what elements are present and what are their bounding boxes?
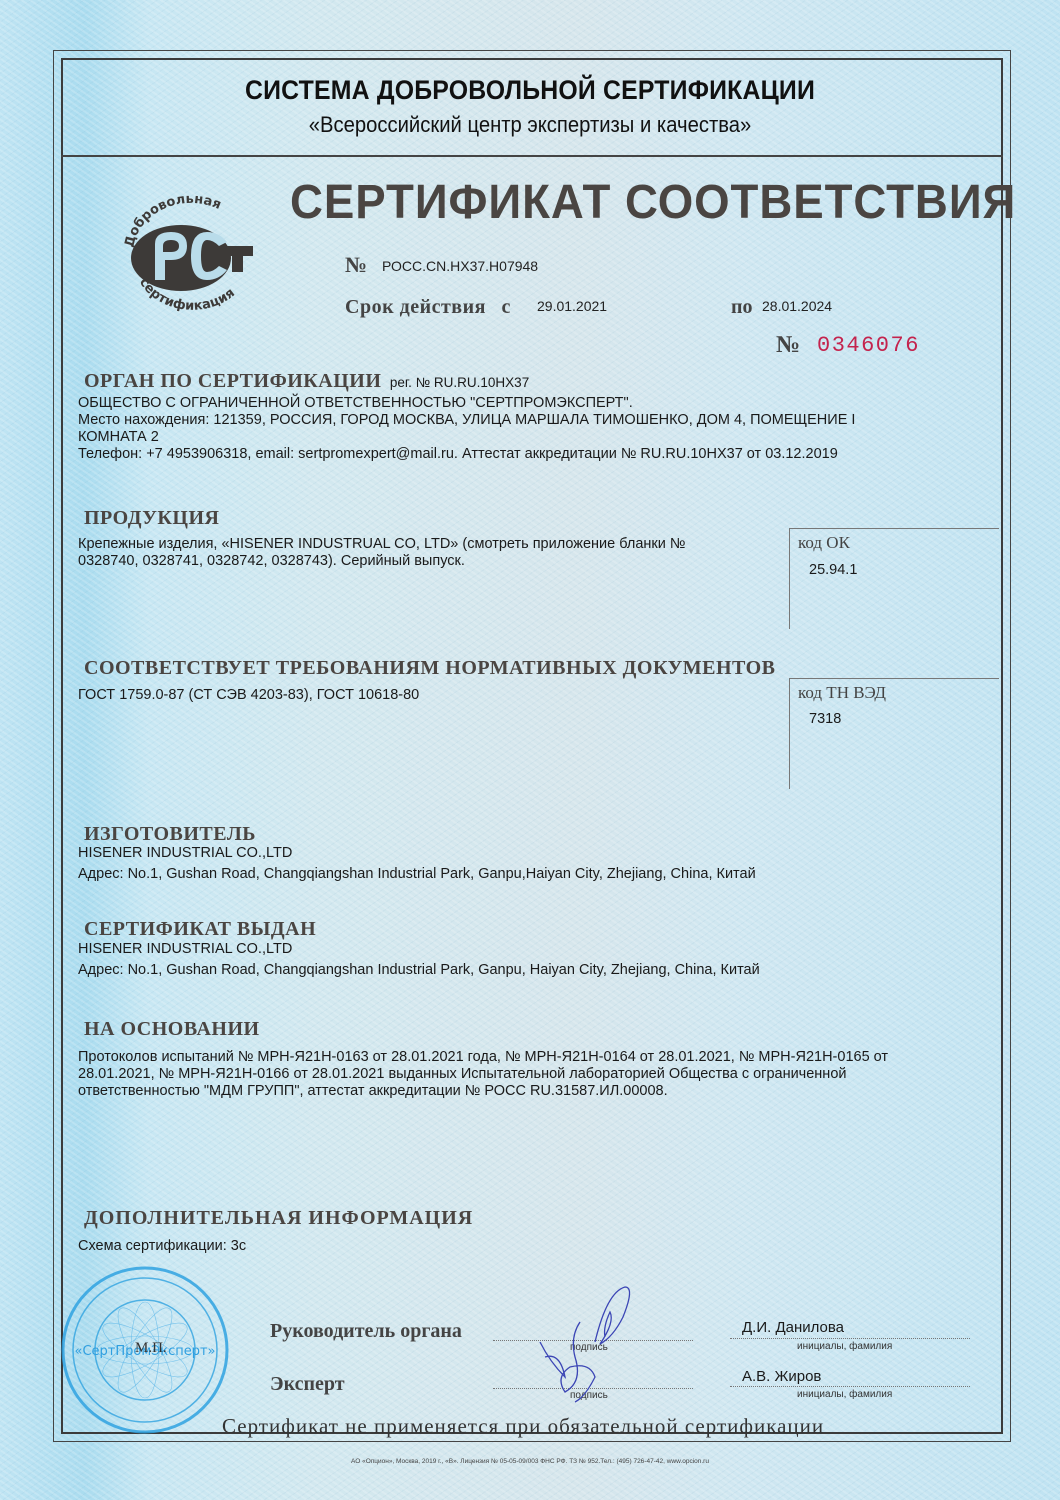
expert-name-caption: инициалы, фамилия	[797, 1389, 892, 1400]
cert-number: РОСС.CN.HX37.H07948	[382, 258, 538, 274]
valid-from-date: 29.01.2021	[537, 298, 607, 314]
certification-body-heading: ОРГАН ПО СЕРТИФИКАЦИИ	[84, 370, 381, 392]
basis-details: Протоколов испытаний № МРН-Я21Н-0163 от …	[78, 1049, 998, 1100]
cert-number-label: №	[345, 252, 367, 278]
certificate-title: СЕРТИФИКАТ СООТВЕТСТВИЯ	[290, 175, 1016, 230]
tnved-code-box: код ТН ВЭД 7318	[789, 678, 999, 789]
product-description: Крепежные изделия, «HISENER INDUSTRUAL C…	[78, 536, 778, 570]
rst-logo-icon: Добровольная сертификация	[115, 190, 265, 310]
tnved-code-label: код ТН ВЭД	[798, 683, 886, 703]
blank-number-label: №	[776, 332, 800, 359]
expert-name-line	[730, 1386, 970, 1387]
expert-label: Эксперт	[270, 1373, 345, 1396]
compliance-documents: ГОСТ 1759.0-87 (СТ СЭВ 4203-83), ГОСТ 10…	[78, 687, 419, 704]
issued-to-address: Адрес: No.1, Gushan Road, Changqiangshan…	[78, 962, 760, 979]
issued-to-heading: СЕРТИФИКАТ ВЫДАН	[84, 918, 316, 941]
basis-heading: НА ОСНОВАНИИ	[84, 1018, 260, 1041]
certification-body-contacts: Телефон: +7 4953906318, email: sertprome…	[78, 446, 978, 463]
certification-body-address-2: КОМНАТА 2	[78, 429, 978, 446]
product-line-2: 0328740, 0328741, 0328742, 0328743). Сер…	[78, 553, 778, 570]
issued-to-details: HISENER INDUSTRIAL CO.,LTD Адрес: No.1, …	[78, 941, 760, 979]
printer-imprint: АО «Опцион», Москва, 2019 г., «В». Лицен…	[0, 1458, 1060, 1465]
product-line-1: Крепежные изделия, «HISENER INDUSTRUAL C…	[78, 536, 778, 553]
footer-notice: Сертификат не применяется при обязательн…	[222, 1414, 824, 1439]
validity-text: Срок действия	[345, 296, 486, 318]
tnved-code-value: 7318	[809, 711, 841, 727]
seal-label: М.П.	[135, 1340, 167, 1357]
blank-number: 0346076	[817, 333, 920, 358]
certification-body-details: ОБЩЕСТВО С ОГРАНИЧЕННОЙ ОТВЕТСТВЕННОСТЬЮ…	[78, 395, 978, 463]
okpd-code-label: код ОК	[798, 533, 850, 553]
handwritten-signature-icon	[535, 1282, 645, 1407]
head-name-caption: инициалы, фамилия	[797, 1341, 892, 1352]
valid-from-label: с	[501, 296, 510, 318]
valid-to-date: 28.01.2024	[762, 298, 832, 314]
certification-body-name: ОБЩЕСТВО С ОГРАНИЧЕННОЙ ОТВЕТСТВЕННОСТЬЮ…	[78, 395, 978, 412]
basis-line-2: 28.01.2021, № МРН-Я21Н-0166 от 28.01.202…	[78, 1066, 998, 1083]
certification-body-reg: рег. № RU.RU.10HX37	[390, 375, 529, 390]
system-subtitle: «Всероссийский центр экспертизы и качест…	[42, 112, 1017, 138]
head-name: Д.И. Данилова	[742, 1319, 844, 1336]
certification-body-address-1: Место нахождения: 121359, РОССИЯ, ГОРОД …	[78, 412, 978, 429]
product-heading: ПРОДУКЦИЯ	[84, 507, 219, 530]
issued-to-name: HISENER INDUSTRIAL CO.,LTD	[78, 941, 760, 958]
system-title: СИСТЕМА ДОБРОВОЛЬНОЙ СЕРТИФИКАЦИИ	[42, 75, 1017, 106]
expert-name: А.В. Жиров	[742, 1368, 821, 1385]
valid-to-label: по	[731, 296, 753, 319]
certification-scheme: Схема сертификации: 3с	[78, 1238, 246, 1255]
manufacturer-heading: ИЗГОТОВИТЕЛЬ	[84, 823, 256, 846]
manufacturer-details: HISENER INDUSTRIAL CO.,LTD Адрес: No.1, …	[78, 845, 756, 883]
head-of-body-label: Руководитель органа	[270, 1320, 462, 1343]
basis-line-3: ответственностью "МДМ ГРУПП", аттестат а…	[78, 1083, 998, 1100]
compliance-heading: СООТВЕТСТВУЕТ ТРЕБОВАНИЯМ НОРМАТИВНЫХ ДО…	[84, 657, 776, 680]
validity-label: Срок действия с	[345, 296, 511, 319]
manufacturer-address: Адрес: No.1, Gushan Road, Changqiangshan…	[78, 866, 756, 883]
okpd-code-box: код ОК 25.94.1	[789, 528, 999, 629]
head-name-line	[730, 1338, 970, 1339]
basis-line-1: Протоколов испытаний № МРН-Я21Н-0163 от …	[78, 1049, 998, 1066]
certification-body-heading-row: ОРГАН ПО СЕРТИФИКАЦИИ рег. № RU.RU.10HX3…	[84, 370, 529, 393]
okpd-code-value: 25.94.1	[809, 562, 857, 578]
manufacturer-name: HISENER INDUSTRIAL CO.,LTD	[78, 845, 756, 862]
header-divider	[61, 155, 1003, 157]
additional-info-heading: ДОПОЛНИТЕЛЬНАЯ ИНФОРМАЦИЯ	[84, 1207, 473, 1230]
